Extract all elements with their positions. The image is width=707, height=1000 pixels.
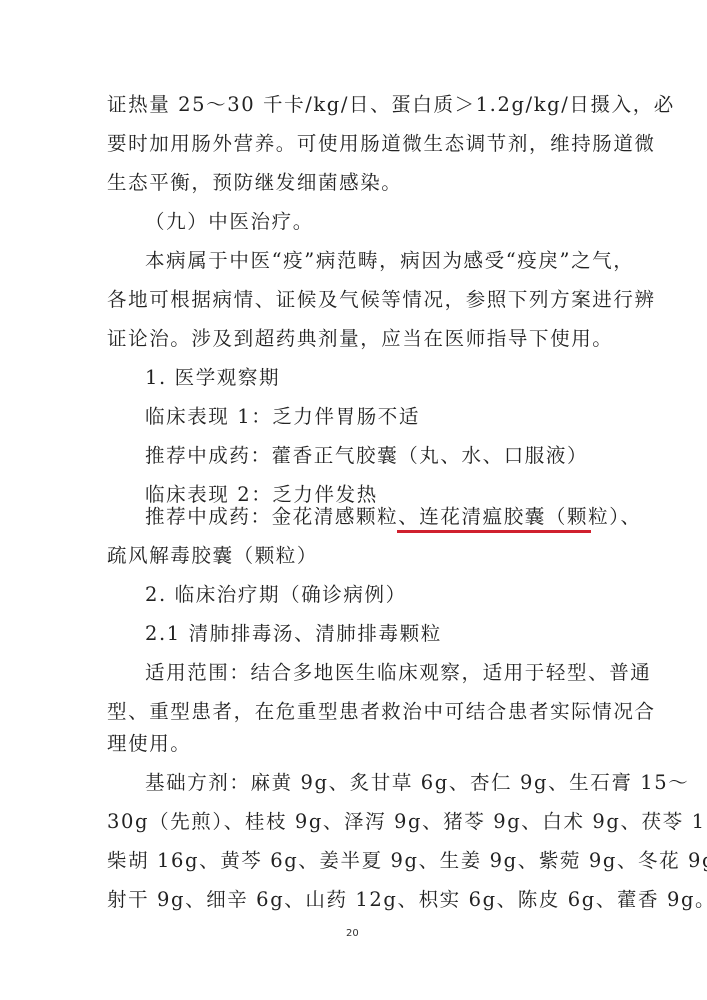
paragraph-line: 射干 9g、细辛 6g、山药 12g、枳实 6g、陈皮 6g、藿香 9g。 xyxy=(107,888,707,912)
paragraph-line: 各地可根据病情、证候及气候等情况，参照下列方案进行辨 xyxy=(107,288,656,312)
section-heading: （九）中医治疗。 xyxy=(145,210,314,234)
subsection-heading: 2. 临床治疗期（确诊病例） xyxy=(145,583,407,607)
paragraph-line: 基础方剂：麻黄 9g、炙甘草 6g、杏仁 9g、生石膏 15～ xyxy=(145,771,689,795)
subsection-heading: 2.1 清肺排毒汤、清肺排毒颗粒 xyxy=(145,622,442,646)
paragraph-line: 证热量 25～30 千卡/kg/日、蛋白质＞1.2g/kg/日摄入，必 xyxy=(107,93,675,117)
paragraph-line: 本病属于中医“疫”病范畴，病因为感受“疫戾”之气， xyxy=(145,249,634,273)
page-number: 20 xyxy=(346,928,359,939)
paragraph-line: 生态平衡，预防继发细菌感染。 xyxy=(107,171,402,195)
subsection-heading: 1. 医学观察期 xyxy=(145,366,280,390)
paragraph-line: 柴胡 16g、黄芩 6g、姜半夏 9g、生姜 9g、紫菀 9g、冬花 9g、 xyxy=(107,849,707,873)
red-underline-highlight xyxy=(397,530,591,533)
paragraph-line: 疏风解毒胶囊（颗粒） xyxy=(107,544,318,568)
paragraph-line: 要时加用肠外营养。可使用肠道微生态调节剂，维持肠道微 xyxy=(107,132,656,156)
paragraph-line: 临床表现 2：乏力伴发热 xyxy=(145,483,378,507)
paragraph-line: 临床表现 1：乏力伴胃肠不适 xyxy=(145,405,420,429)
paragraph-line: 推荐中成药：金花清感颗粒、连花清瘟胶囊（颗粒）、 xyxy=(145,505,642,529)
paragraph-line: 证论治。涉及到超药典剂量，应当在医师指导下使用。 xyxy=(107,327,613,351)
paragraph-line: 理使用。 xyxy=(107,732,191,756)
document-page: 证热量 25～30 千卡/kg/日、蛋白质＞1.2g/kg/日摄入，必 要时加用… xyxy=(0,0,707,1000)
paragraph-line: 适用范围：结合多地医生临床观察，适用于轻型、普通 xyxy=(145,661,651,685)
paragraph-line: 型、重型患者，在危重型患者救治中可结合患者实际情况合 xyxy=(107,700,656,724)
paragraph-line: 推荐中成药：藿香正气胶囊（丸、水、口服液） xyxy=(145,444,588,468)
paragraph-line: 30g（先煎）、桂枝 9g、泽泻 9g、猪苓 9g、白术 9g、茯苓 15g、 xyxy=(107,810,707,834)
